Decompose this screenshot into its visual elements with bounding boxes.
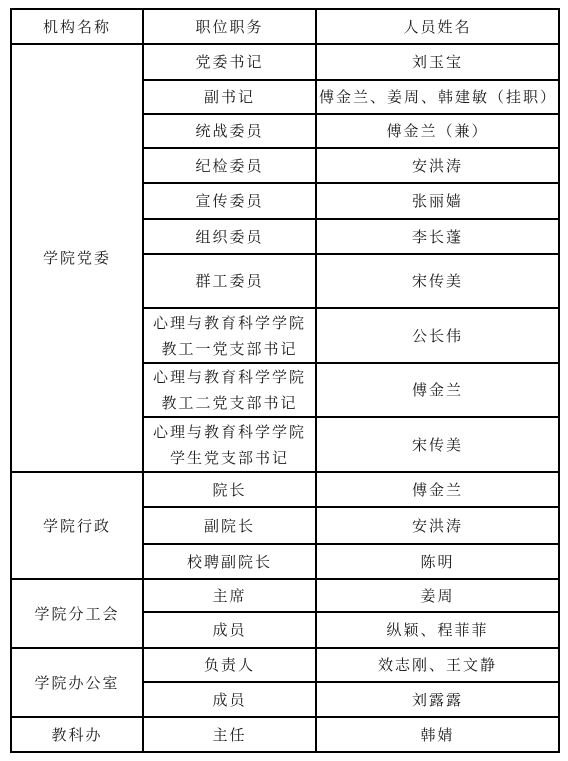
- name-cell: 傅金兰（兼）: [316, 114, 559, 148]
- name-cell: 纵颖、程菲菲: [316, 612, 559, 648]
- name-cell: 傅金兰、姜周、韩建敏（挂职）: [316, 80, 559, 114]
- position-cell: 副院长: [143, 507, 316, 544]
- name-cell: 刘露露: [316, 682, 559, 717]
- position-cell: 纪检委员: [143, 148, 316, 183]
- org-cell: 学院办公室: [11, 648, 143, 717]
- position-cell: 组织委员: [143, 219, 316, 254]
- name-cell: 安洪涛: [316, 148, 559, 183]
- name-cell: 效志刚、王文静: [316, 648, 559, 682]
- name-cell: 傅金兰: [316, 472, 559, 507]
- org-cell: 学院党委: [11, 44, 143, 472]
- position-cell: 院长: [143, 472, 316, 507]
- position-cell: 宣传委员: [143, 183, 316, 219]
- name-cell: 宋传美: [316, 417, 559, 472]
- table-row: 学院行政 院长 傅金兰: [11, 472, 559, 507]
- name-cell: 姜周: [316, 579, 559, 612]
- position-cell: 心理与教育科学学院 学生党支部书记: [143, 417, 316, 472]
- org-cell: 学院行政: [11, 472, 143, 579]
- position-cell: 主任: [143, 717, 316, 752]
- name-cell: 傅金兰: [316, 363, 559, 417]
- page: 机构名称 职位职务 人员姓名 学院党委 党委书记 刘玉宝 副书记 傅金兰、姜周、…: [0, 0, 568, 761]
- name-cell: 韩婧: [316, 717, 559, 752]
- name-cell: 公长伟: [316, 308, 559, 363]
- org-structure-table: 机构名称 职位职务 人员姓名 学院党委 党委书记 刘玉宝 副书记 傅金兰、姜周、…: [10, 8, 560, 753]
- position-cell: 成员: [143, 612, 316, 648]
- name-cell: 安洪涛: [316, 507, 559, 544]
- name-cell: 刘玉宝: [316, 44, 559, 80]
- name-cell: 张丽嫱: [316, 183, 559, 219]
- position-cell: 统战委员: [143, 114, 316, 148]
- header-name: 人员姓名: [316, 9, 559, 44]
- table-row: 学院分工会 主席 姜周: [11, 579, 559, 612]
- name-cell: 李长蓬: [316, 219, 559, 254]
- table-row: 学院办公室 负责人 效志刚、王文静: [11, 648, 559, 682]
- name-cell: 宋传美: [316, 254, 559, 308]
- position-cell: 主席: [143, 579, 316, 612]
- table-row: 学院党委 党委书记 刘玉宝: [11, 44, 559, 80]
- position-cell: 心理与教育科学学院 教工二党支部书记: [143, 363, 316, 417]
- header-position: 职位职务: [143, 9, 316, 44]
- name-cell: 陈明: [316, 544, 559, 579]
- position-cell: 心理与教育科学学院 教工一党支部书记: [143, 308, 316, 363]
- header-org: 机构名称: [11, 9, 143, 44]
- table-row: 教科办 主任 韩婧: [11, 717, 559, 752]
- position-cell: 成员: [143, 682, 316, 717]
- position-cell: 校聘副院长: [143, 544, 316, 579]
- position-cell: 负责人: [143, 648, 316, 682]
- position-cell: 群工委员: [143, 254, 316, 308]
- org-cell: 学院分工会: [11, 579, 143, 648]
- position-cell: 副书记: [143, 80, 316, 114]
- position-cell: 党委书记: [143, 44, 316, 80]
- org-cell: 教科办: [11, 717, 143, 752]
- header-row: 机构名称 职位职务 人员姓名: [11, 9, 559, 44]
